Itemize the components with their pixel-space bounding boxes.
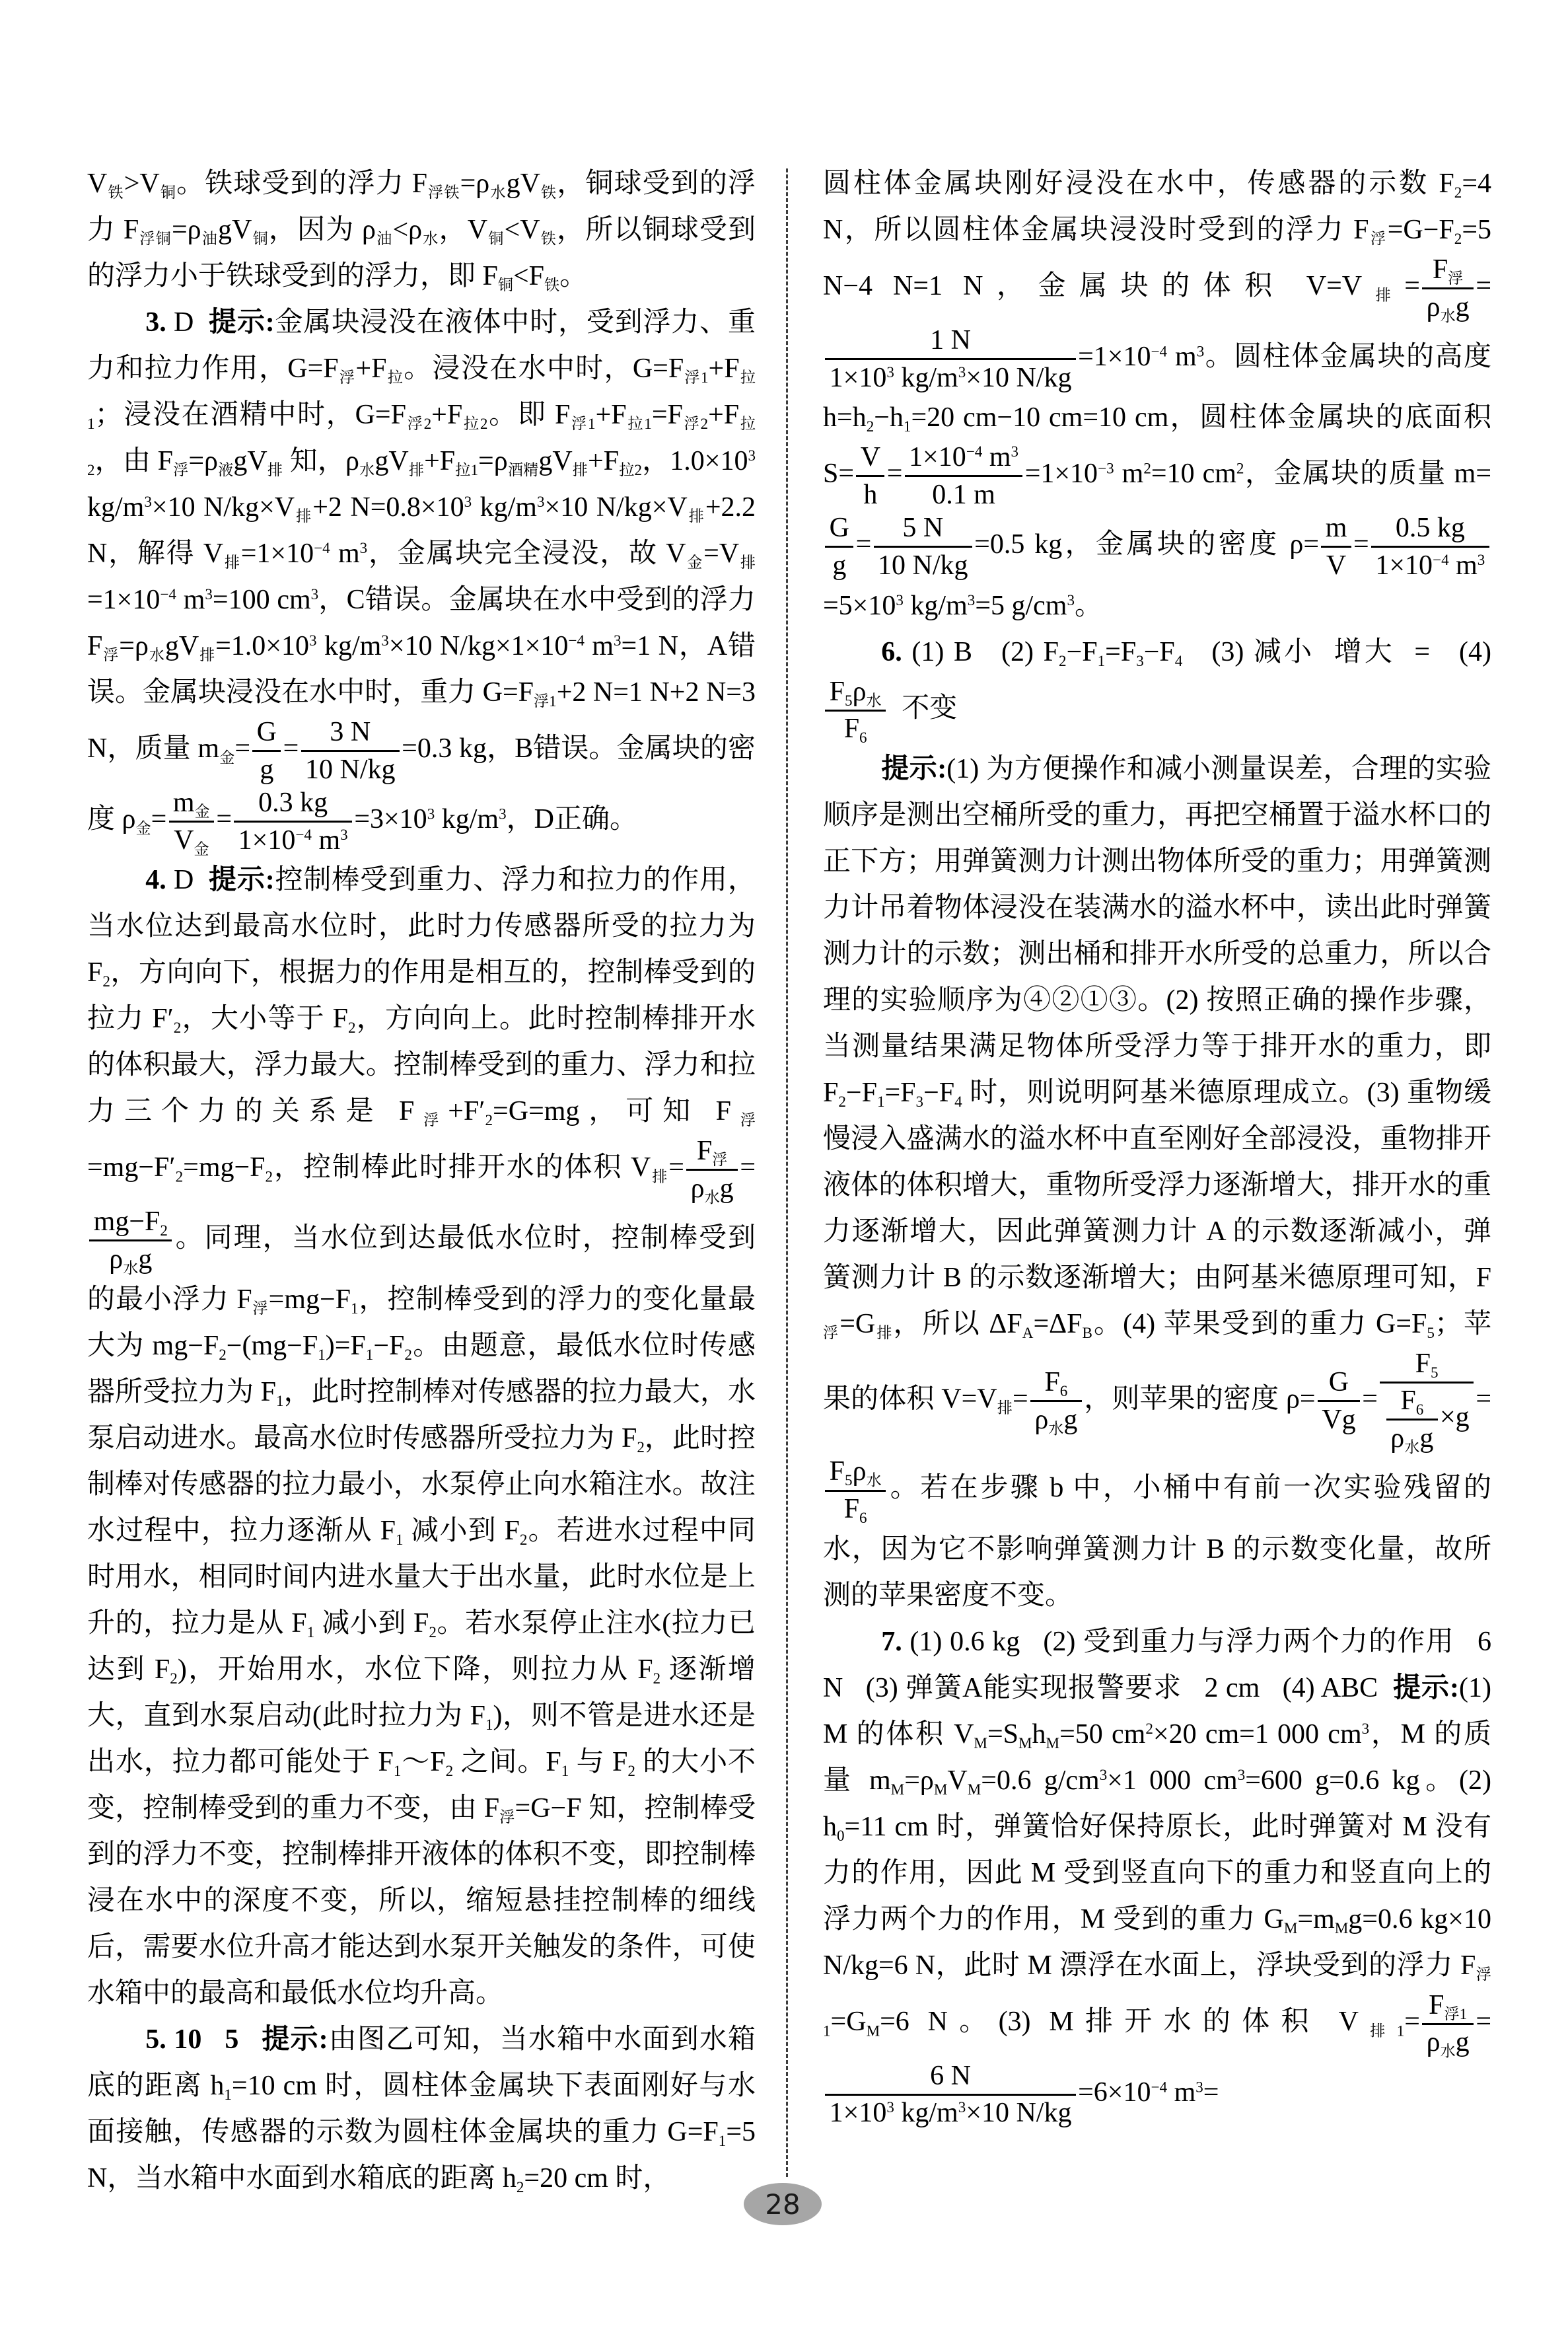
paragraph: 4. D 提示:控制棒受到重力、浮力和拉力的作用，当水位达到最高水位时，此时力传… (87, 857, 756, 2016)
left-column: V铁>V铜。铁球受到的浮力 F浮铁=ρ水gV铁，铜球受到的浮力 F浮铜=ρ油gV… (87, 161, 756, 2201)
page-number: 28 (765, 2188, 800, 2221)
fraction: 1 N1×103 kg/m3×10 N/kg (823, 324, 1078, 394)
column-divider-dashed-line (786, 168, 788, 2177)
paragraph: V铁>V铜。铁球受到的浮力 F浮铁=ρ水gV铁，铜球受到的浮力 F浮铜=ρ油gV… (87, 161, 756, 299)
paragraph: 圆柱体金属块刚好浸没在水中，传感器的示数 F2=4 N，所以圆柱体金属块浸没时受… (823, 161, 1491, 629)
fraction: mg−F2ρ水g (87, 1205, 174, 1276)
fraction: 0.5 kg1×10−4 m3 (1369, 511, 1491, 582)
fraction: 5 N10 N/kg (871, 511, 974, 582)
paragraph: 3. D 提示:金属块浸没在液体中时，受到浮力、重力和拉力作用，G=F浮+F拉。… (87, 299, 756, 857)
fraction: F5F6ρ水g×g (1378, 1347, 1476, 1456)
fraction: F6ρ水g (1028, 1366, 1084, 1436)
paragraph: 5. 10 5 提示:由图乙可知，当水箱中水面到水箱底的距离 h1=10 cm … (87, 2016, 756, 2201)
fraction: Gg (823, 511, 856, 582)
paragraph: 6. (1) B (2) F2−F1=F3−F4 (3) 减小 增大 = (4)… (823, 629, 1491, 746)
fraction: Gg (250, 716, 283, 786)
paragraph: 7. (1) 0.6 kg (2) 受到重力与浮力两个力的作用 6 N (3) … (823, 1619, 1491, 2130)
fraction: 1×10−4 m30.1 m (902, 441, 1024, 511)
right-column: 圆柱体金属块刚好浸没在水中，传感器的示数 F2=4 N，所以圆柱体金属块浸没时受… (823, 161, 1491, 2130)
fraction: 3 N10 N/kg (299, 716, 402, 786)
fraction: 0.3 kg1×10−4 m3 (232, 786, 354, 857)
page-number-badge: 28 (744, 2183, 822, 2225)
fraction: 6 N1×103 kg/m3×10 N/kg (823, 2059, 1078, 2130)
fraction: F6ρ水g (1384, 1384, 1440, 1455)
fraction: m金V金 (166, 786, 216, 857)
fraction: F浮ρ水g (684, 1134, 740, 1205)
fraction: F浮ρ水g (1420, 253, 1476, 324)
fraction: Vh (854, 441, 887, 511)
paragraph: 提示:(1) 为方便操作和减小测量误差，合理的实验顺序是测出空桶所受的重力，再把… (823, 746, 1491, 1619)
fraction: F5ρ水F6 (823, 1455, 888, 1526)
fraction: F5ρ水F6 (823, 675, 888, 746)
fraction: mV (1319, 511, 1353, 582)
fraction: F浮1ρ水g (1420, 1989, 1476, 2059)
answer-key-page: V铁>V铜。铁球受到的浮力 F浮铁=ρ水gV铁，铜球受到的浮力 F浮铜=ρ油gV… (0, 0, 1568, 2325)
fraction: GVg (1316, 1366, 1363, 1436)
